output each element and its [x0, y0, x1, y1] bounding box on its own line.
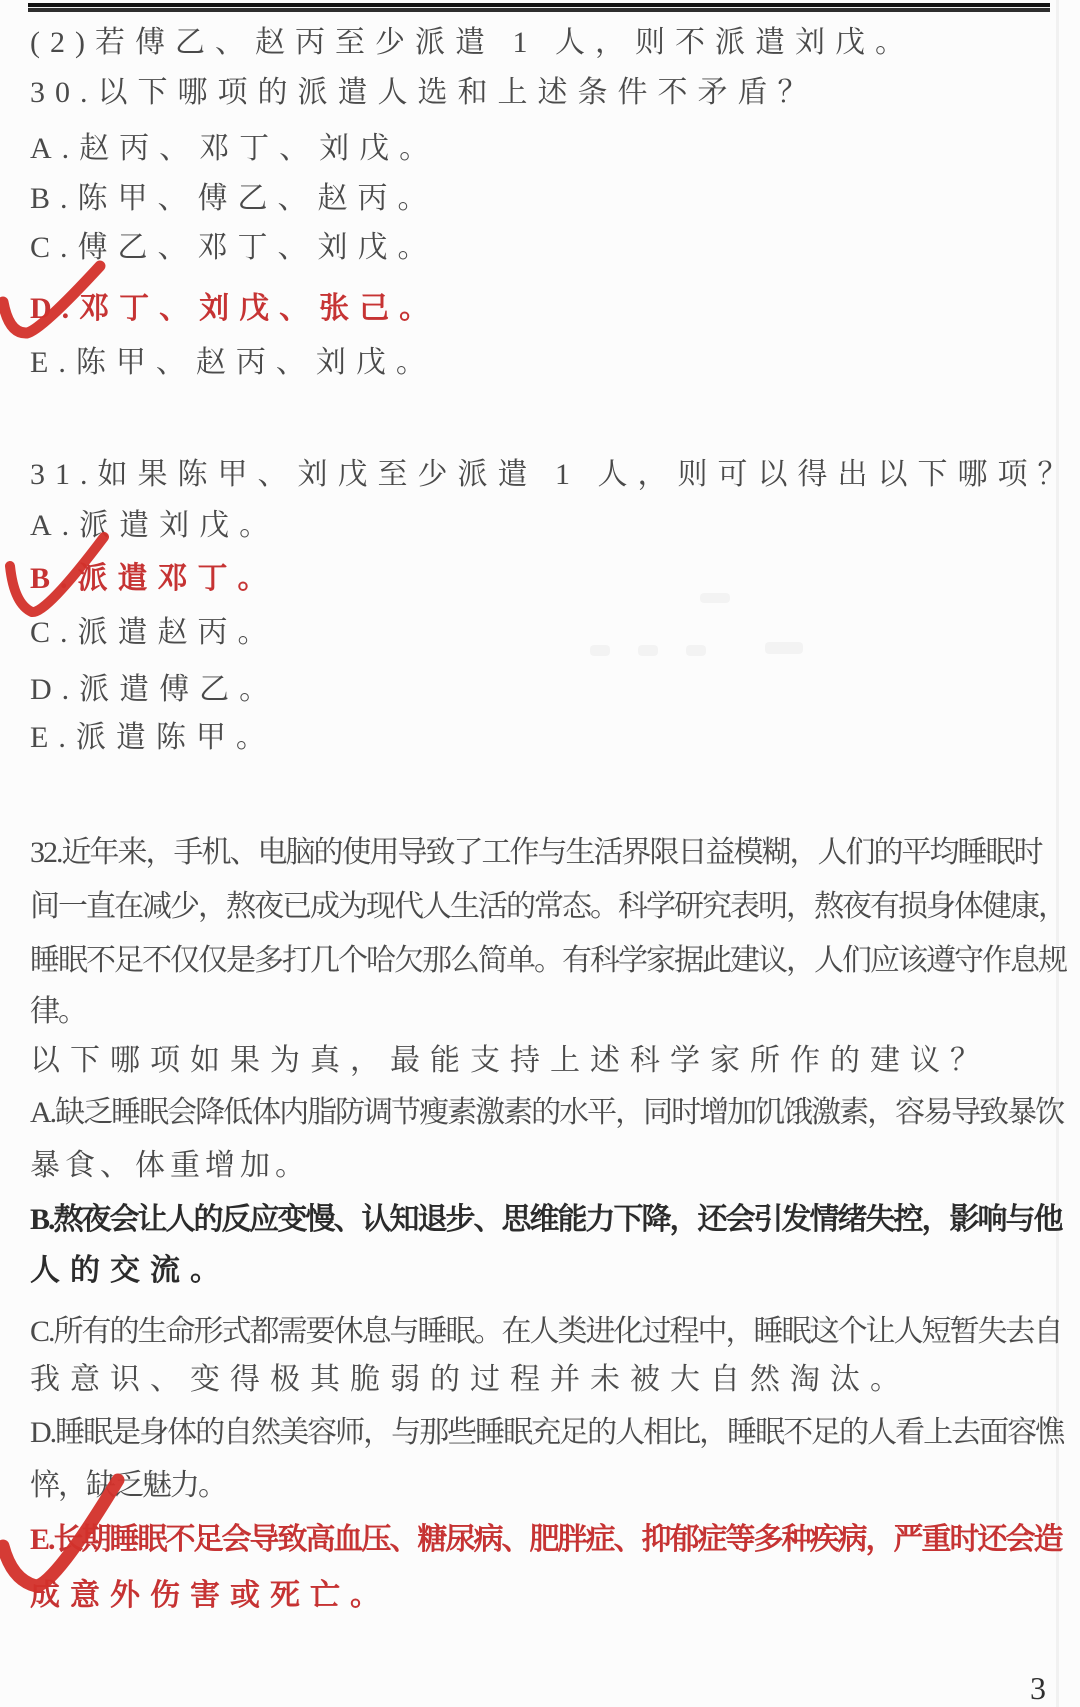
- q31-option-c: C.派遣赵丙。: [30, 616, 278, 650]
- q31-stem: 31.如果陈甲、刘戊至少派遣 1 人，则可以得出以下哪项？: [30, 458, 1078, 492]
- q32-stem-line-4: 律。: [30, 995, 86, 1029]
- q31-option-d: D.派遣傅乙。: [30, 673, 279, 707]
- q32-option-b-line-1: B.熬夜会让人的反应变慢、认知退步、思维能力下降，还会引发情绪失控，影响与他: [30, 1203, 1062, 1237]
- scan-smudge: [686, 645, 706, 656]
- q32-option-a-line-1: A.缺乏睡眠会降低体内脂防调节瘦素激素的水平，同时增加饥饿激素，容易导致暴饮: [30, 1096, 1063, 1130]
- q32-stem-line-1: 32.近年来，手机、电脑的使用导致了工作与生活界限日益模糊，人们的平均睡眠时: [30, 836, 1042, 870]
- q30-stem: 30.以下哪项的派遣人选和上述条件不矛盾？: [30, 76, 818, 110]
- q31-answer-check-icon: [2, 528, 112, 620]
- scan-smudge: [700, 593, 730, 603]
- q31-option-e: E.派遣陈甲。: [30, 721, 276, 755]
- q32-option-d-line-1: D.睡眠是身体的自然美容师，与那些睡眠充足的人相比，睡眠不足的人看上去面容憔: [30, 1416, 1063, 1450]
- q32-stem-line-2: 间一直在减少，熬夜已成为现代人生活的常态。科学研究表明，熬夜有损身体健康，: [30, 890, 1066, 924]
- scan-smudge: [638, 645, 658, 656]
- page-number: 3: [1030, 1670, 1046, 1707]
- top-rule-divider: [28, 3, 1050, 12]
- q32-option-c-line-1: C.所有的生命形式都需要休息与睡眠。在人类进化过程中，睡眠这个让人短暂失去自: [30, 1315, 1062, 1349]
- q30-option-b: B.陈甲、傅乙、赵丙。: [30, 182, 438, 216]
- q30-option-e: E.陈甲、赵丙、刘戊。: [30, 346, 436, 380]
- q32-option-b-line-2: 人的交流。: [30, 1254, 230, 1288]
- q32-option-a-line-2: 暴食、体重增加。: [30, 1149, 310, 1183]
- q30-option-a: A.赵丙、邓丁、刘戊。: [30, 132, 439, 166]
- scanned-exam-page: (2)若傅乙、赵丙至少派遣 1 人，则不派遣刘戊。 30.以下哪项的派遣人选和上…: [0, 0, 1080, 1707]
- scan-edge-shade: [1056, 0, 1059, 1707]
- q32-question: 以下哪项如果为真，最能支持上述科学家所作的建议？: [30, 1044, 990, 1078]
- scan-smudge: [765, 642, 803, 654]
- q32-answer-check-icon: [0, 1470, 126, 1594]
- q32-stem-line-3: 睡眠不足不仅仅是多打几个哈欠那么简单。有科学家据此建议，人们应该遵守作息规: [30, 944, 1066, 978]
- q32-option-e-answer-line-1: E.长期睡眠不足会导致高血压、糖尿病、肥胖症、抑郁症等多种疾病，严重时还会造: [30, 1523, 1062, 1557]
- condition-note: (2)若傅乙、赵丙至少派遣 1 人，则不派遣刘戊。: [30, 26, 915, 60]
- scan-smudge: [590, 645, 610, 656]
- q32-option-c-line-2: 我意识、变得极其脆弱的过程并未被大自然淘汰。: [30, 1363, 910, 1397]
- q30-answer-check-icon: [0, 256, 107, 346]
